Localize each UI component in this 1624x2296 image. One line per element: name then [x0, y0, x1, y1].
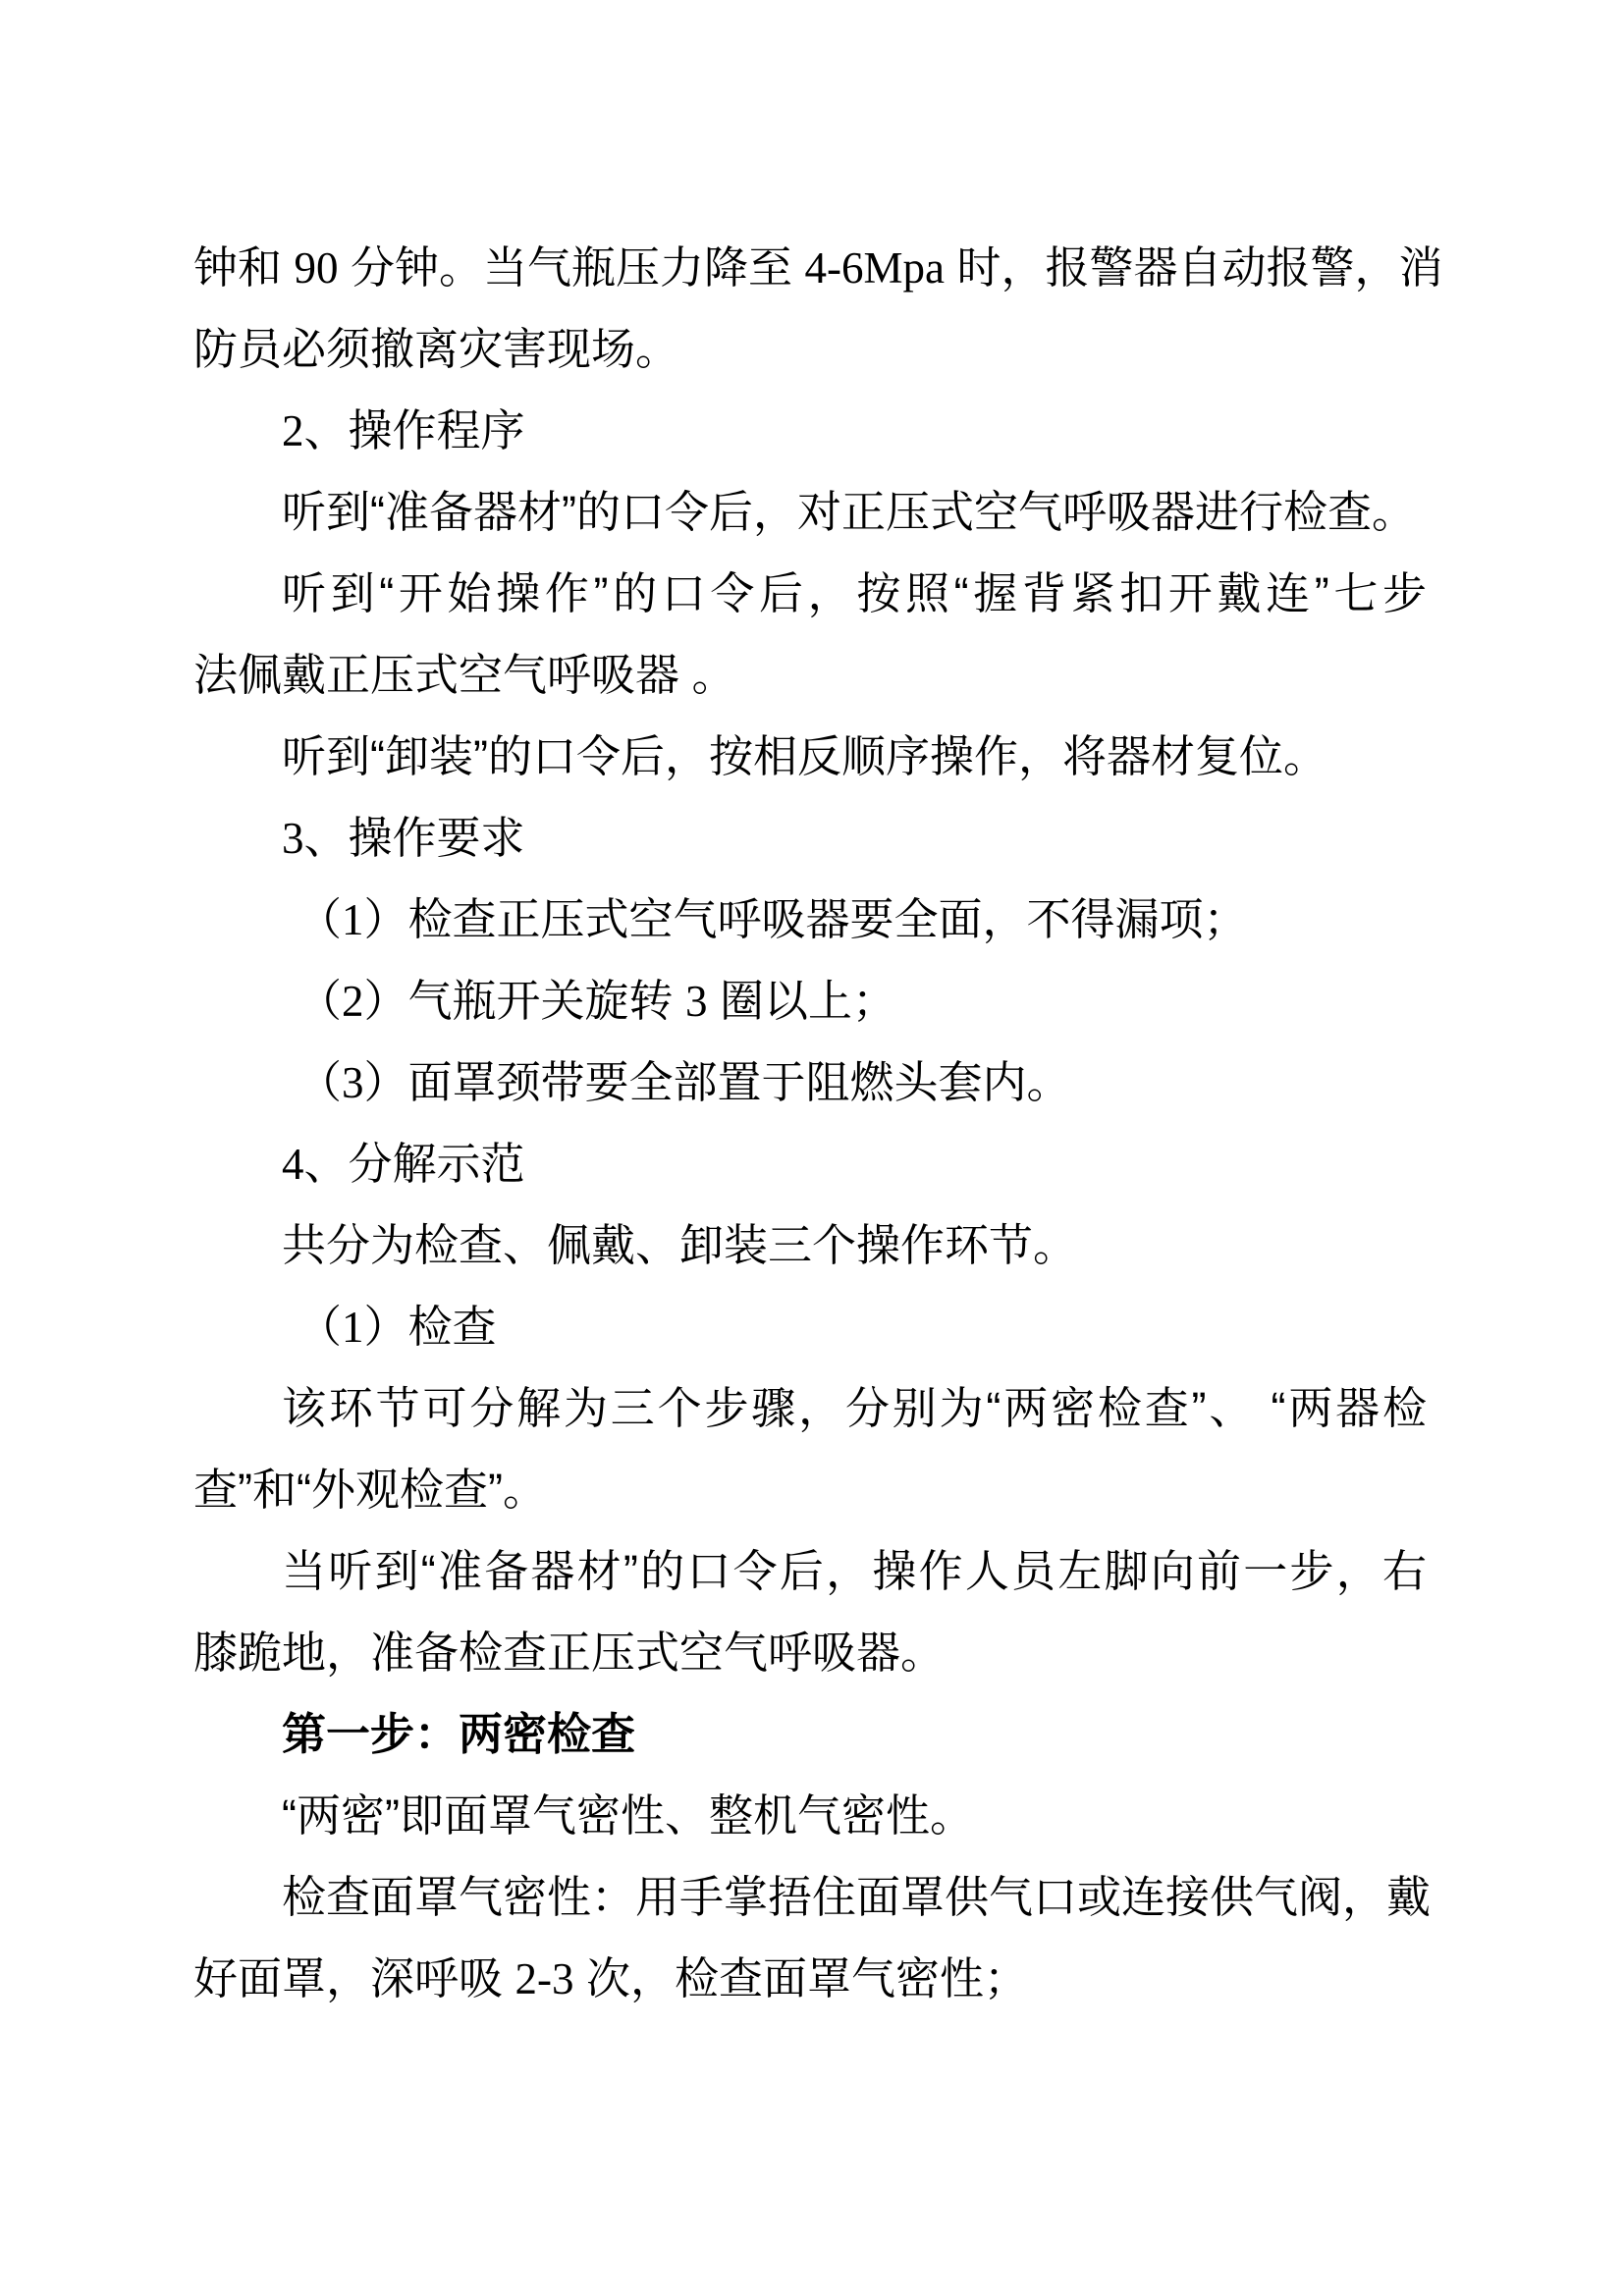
document-line: 4、分解示范 [193, 1123, 1427, 1204]
latin-text: 3 [282, 814, 304, 863]
document-line: 3、操作要求 [193, 797, 1427, 879]
document-line: 共分为检查、佩戴、卸装三个操作环节。 [193, 1204, 1427, 1286]
document-content: 钟和 90 分钟。当气瓶压力降至 4-6Mpa 时，报警器自动报警，消防员必须撤… [193, 227, 1427, 2019]
document-line: （1）检查 [193, 1286, 1427, 1367]
document-line: 当听到“准备器材”的口令后，操作人员左脚向前一步，右 [193, 1530, 1427, 1612]
document-line: “两密”即面罩气密性、整机气密性。 [193, 1775, 1427, 1856]
step-heading: 第一步：两密检查 [193, 1693, 1427, 1775]
latin-text: 1 [342, 1303, 364, 1352]
document-line: 好面罩，深呼吸 2-3 次，检查面罩气密性； [193, 1938, 1427, 2019]
latin-text: 4 [282, 1140, 304, 1189]
latin-text: 1 [342, 895, 364, 944]
document-line: 钟和 90 分钟。当气瓶压力降至 4-6Mpa 时，报警器自动报警，消 [193, 227, 1427, 308]
document-line: 膝跪地，准备检查正压式空气呼吸器。 [193, 1612, 1427, 1693]
document-line: （3）面罩颈带要全部置于阻燃头套内。 [193, 1041, 1427, 1123]
latin-text: 2-3 [515, 1954, 574, 2003]
latin-text: 3 [342, 1058, 364, 1107]
latin-text: 4-6Mpa [805, 243, 945, 293]
document-line: 听到“准备器材”的口令后，对正压式空气呼吸器进行检查。 [193, 471, 1427, 553]
document-line: 2、操作程序 [193, 390, 1427, 471]
latin-text: 2 [342, 977, 364, 1026]
latin-text: 2 [282, 406, 304, 455]
latin-text: 90 [295, 243, 339, 293]
document-line: 该环节可分解为三个步骤，分别为“两密检查”、 “两器检 [193, 1367, 1427, 1449]
document-line: （1）检查正压式空气呼吸器要全面，不得漏项； [193, 879, 1427, 960]
document-line: 听到“卸装”的口令后，按相反顺序操作，将器材复位。 [193, 716, 1427, 797]
document-line: 防员必须撤离灾害现场。 [193, 308, 1427, 390]
document-line: 检查面罩气密性：用手掌捂住面罩供气口或连接供气阀，戴 [193, 1856, 1427, 1938]
document-line: （2）气瓶开关旋转 3 圈以上； [193, 960, 1427, 1041]
document-page: 钟和 90 分钟。当气瓶压力降至 4-6Mpa 时，报警器自动报警，消防员必须撤… [0, 0, 1624, 2296]
latin-text: 3 [685, 977, 708, 1026]
document-line: 查”和“外观检查”。 [193, 1449, 1427, 1530]
document-line: 法佩戴正压式空气呼吸器 。 [193, 634, 1427, 716]
document-line: 听到“开始操作”的口令后，按照“握背紧扣开戴连”七步 [193, 553, 1427, 634]
